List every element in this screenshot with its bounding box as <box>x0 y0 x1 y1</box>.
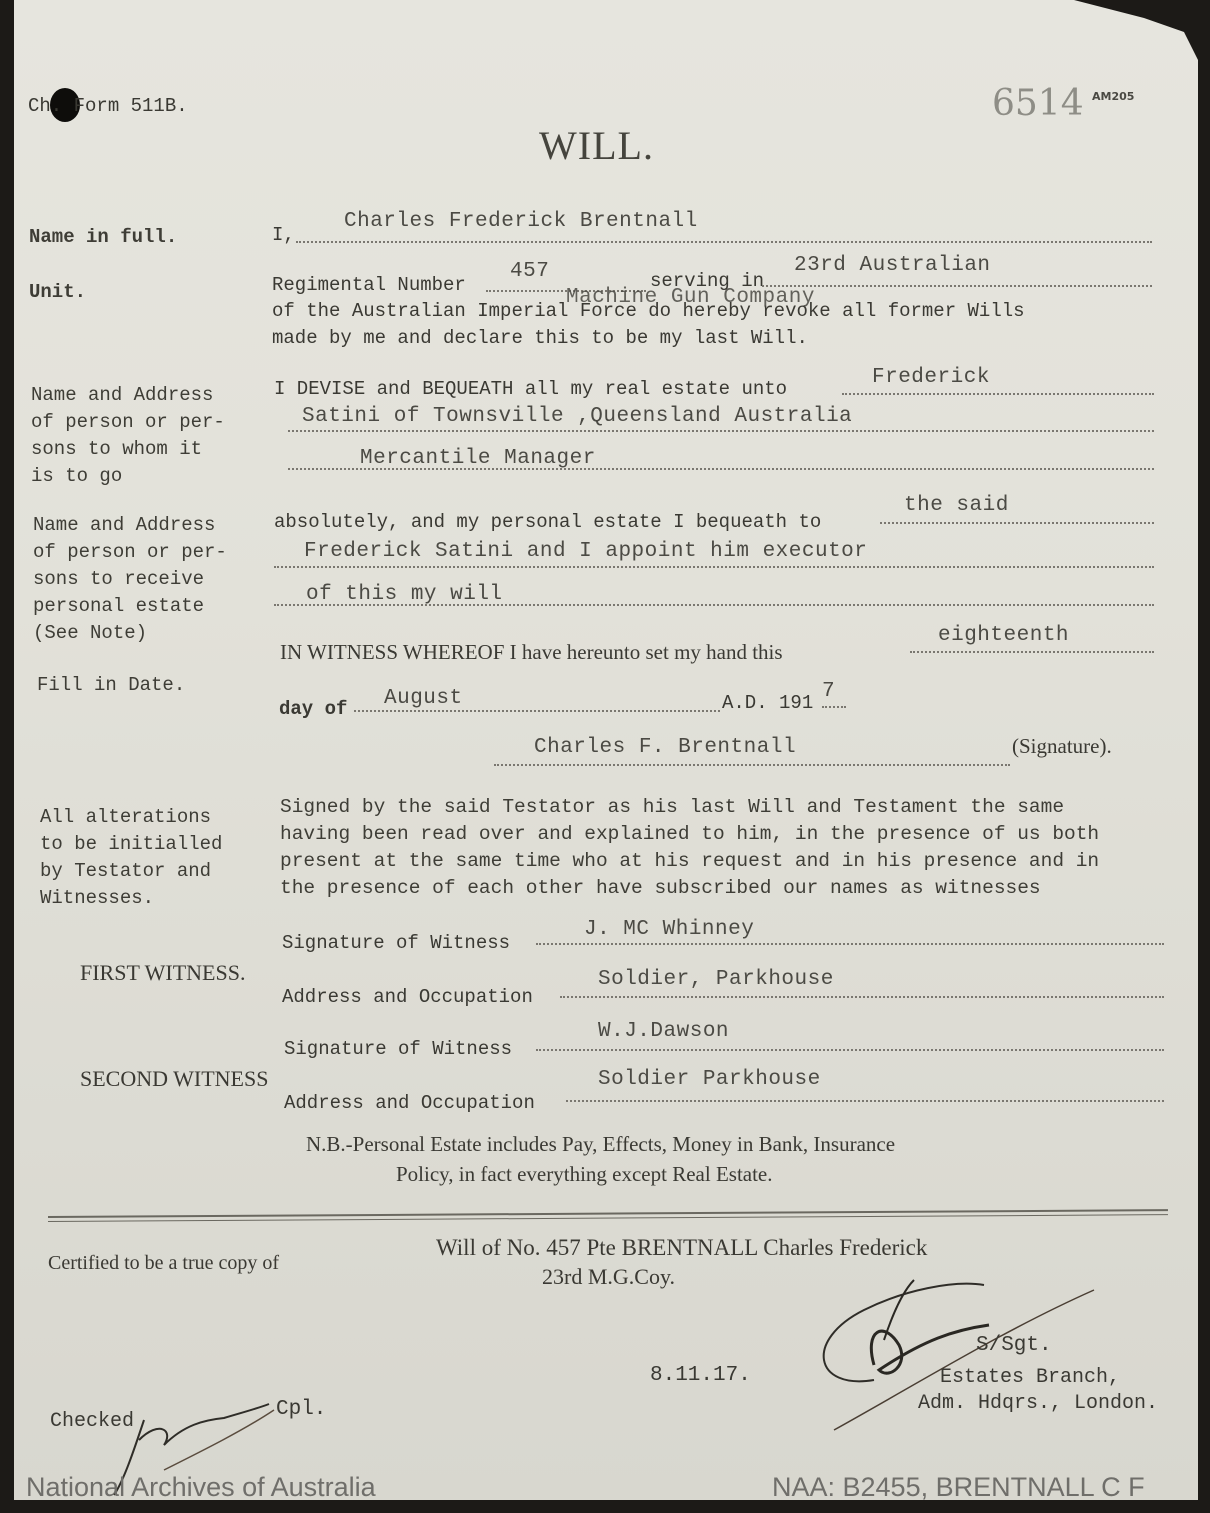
regimental-number-label: Regimental Number <box>272 274 466 296</box>
certified-detail-line1: Will of No. 457 Pte BRENTNALL Charles Fr… <box>436 1235 927 1261</box>
testator-signature-field: Charles F. Brentnall <box>534 736 796 759</box>
label-fill-in-date: Fill in Date. <box>37 672 185 699</box>
year-digit-field: 7 <box>822 680 835 703</box>
first-witness-address-label: Address and Occupation <box>282 986 533 1008</box>
document-page: Ch. Form 511B. 6514 AM205 WILL. Name in … <box>14 0 1198 1500</box>
month-field: August <box>384 687 463 710</box>
page-title: WILL. <box>539 122 654 169</box>
archive-stamp-code: AM205 <box>1092 90 1134 103</box>
witness-whereof-text: IN WITNESS WHEREOF I have hereunto set m… <box>280 640 783 665</box>
day-dotted-line <box>910 651 1154 653</box>
second-witness-address: Soldier Parkhouse <box>598 1068 821 1091</box>
first-witness-address: Soldier, Parkhouse <box>598 968 834 991</box>
note-line2: Policy, in fact everything except Real E… <box>396 1162 773 1187</box>
real-estate-dotted-line1 <box>842 393 1154 395</box>
real-estate-beneficiary-line2: Satini of Townsville ,Queensland Austral… <box>302 405 852 428</box>
ad-label: A.D. 191 <box>722 692 813 714</box>
first-witness-signature: J. MC Whinney <box>584 918 754 941</box>
checker-rank: Cpl. <box>276 1398 326 1421</box>
personal-beneficiary-line2: Frederick Satini and I appoint him execu… <box>304 540 867 563</box>
second-witness-signature: W.J.Dawson <box>598 1020 729 1043</box>
i-prefix: I, <box>272 224 295 246</box>
second-witness-signature-label: Signature of Witness <box>284 1038 512 1060</box>
day-of-label: day of <box>279 698 347 720</box>
unit-field-line1: 23rd Australian <box>794 254 991 277</box>
label-first-witness: FIRST WITNESS. <box>80 960 245 986</box>
signature-label: (Signature). <box>1012 734 1112 759</box>
certified-detail-line2: 23rd M.G.Coy. <box>542 1264 675 1290</box>
label-alterations-note: All alterations to be initialled by Test… <box>40 804 222 912</box>
second-witness-address-label: Address and Occupation <box>284 1092 535 1114</box>
archive-name-watermark: National Archives of Australia <box>26 1472 376 1503</box>
archive-reference-watermark: NAA: B2455, BRENTNALL C F <box>772 1472 1145 1503</box>
label-name-in-full: Name in full. <box>29 224 177 251</box>
day-field: eighteenth <box>938 624 1069 647</box>
revoke-text-line2: made by me and declare this to be my las… <box>272 327 808 349</box>
second-witness-address-line <box>566 1100 1164 1102</box>
first-witness-signature-line <box>536 943 1164 945</box>
archive-stamp-number: 6514 <box>992 83 1084 124</box>
unit-dotted-line <box>762 285 1152 287</box>
year-dotted-line <box>822 706 846 708</box>
personal-beneficiary-line1: the said <box>904 494 1009 517</box>
personal-estate-dotted-line2 <box>274 566 1154 568</box>
real-estate-beneficiary-line1: Frederick <box>872 366 990 389</box>
label-unit: Unit. <box>29 279 86 306</box>
branch-line1: Estates Branch, <box>940 1366 1120 1389</box>
personal-estate-dotted-line1 <box>880 522 1154 524</box>
personal-estate-text: absolutely, and my personal estate I beq… <box>274 511 821 533</box>
second-witness-signature-line <box>536 1049 1164 1051</box>
first-witness-signature-label: Signature of Witness <box>282 932 510 954</box>
certified-prefix: Certified to be a true copy of <box>48 1252 279 1275</box>
first-witness-address-line <box>560 996 1164 998</box>
personal-beneficiary-line3: of this my will <box>306 583 503 606</box>
attestation-clause: Signed by the said Testator as his last … <box>280 794 1099 902</box>
label-real-estate-recipient: Name and Address of person or per- sons … <box>31 382 225 490</box>
devise-text: I DEVISE and BEQUEATH all my real estate… <box>274 378 787 400</box>
real-estate-beneficiary-line3: Mercantile Manager <box>360 447 596 470</box>
unit-field-line2: Machine Gun Company <box>566 286 815 309</box>
certifier-rank: S/Sgt. <box>976 1334 1052 1357</box>
form-number: Ch. Form 511B. <box>28 95 188 117</box>
certified-date: 8.11.17. <box>650 1364 751 1387</box>
label-second-witness: SECOND WITNESS <box>80 1066 268 1092</box>
branch-line2: Adm. Hdqrs., London. <box>918 1392 1158 1415</box>
regimental-number-field: 457 <box>510 260 549 283</box>
note-line1: N.B.-Personal Estate includes Pay, Effec… <box>306 1132 895 1157</box>
testator-name-field: Charles Frederick Brentnall <box>344 210 698 233</box>
real-estate-dotted-line2 <box>288 430 1154 432</box>
name-dotted-line <box>296 241 1152 243</box>
signature-dotted-line <box>494 764 1010 766</box>
month-dotted-line <box>354 710 720 712</box>
label-personal-estate-recipient: Name and Address of person or per- sons … <box>33 512 227 647</box>
